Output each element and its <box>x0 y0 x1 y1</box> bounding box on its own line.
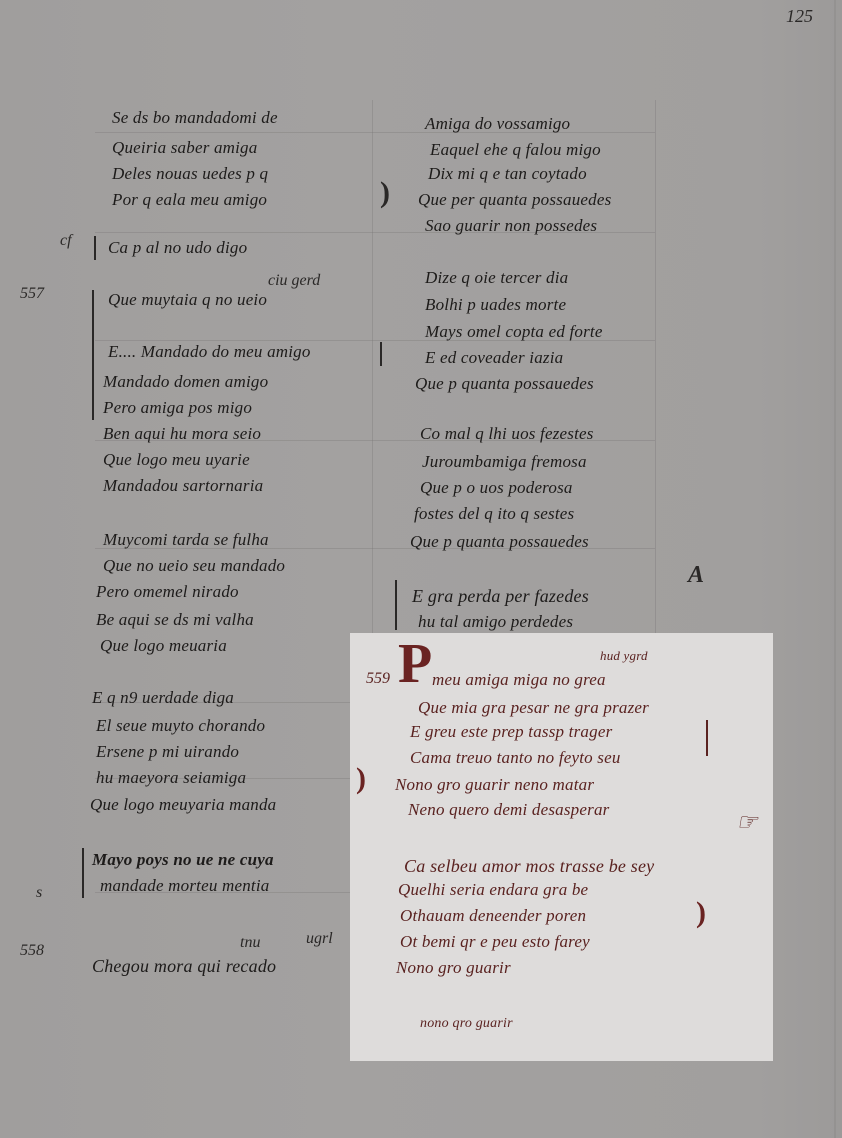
verse-line: Que muytaia q no ueio <box>108 290 267 310</box>
bracket-mark <box>82 848 84 898</box>
verse-line: Sao guarir non possedes <box>425 216 597 236</box>
interlinear-note: ugrl <box>306 930 333 948</box>
paren-mark: ) <box>696 896 706 930</box>
verse-line: Othauam deneender poren <box>400 906 586 926</box>
interlinear-note: tnu <box>240 934 260 952</box>
verse-line: Nono gro guarir <box>396 958 511 978</box>
verse-line: Mandadou sartornaria <box>103 476 263 496</box>
folio-number: 125 <box>786 6 813 27</box>
poem-number: 559 <box>366 670 390 688</box>
verse-line: Que no ueio seu mandado <box>103 556 285 576</box>
verse-line: Queiria saber amiga <box>112 138 257 158</box>
verse-line: fostes del q ito q sestes <box>414 504 574 524</box>
verse-line: Mandado domen amigo <box>103 372 268 392</box>
pointing-hand-icon: ☞ <box>736 808 758 837</box>
interlinear-note: ciu gerd <box>268 272 320 290</box>
verse-line: El seue muyto chorando <box>96 716 265 736</box>
verse-line: Que logo meuaria <box>100 636 227 656</box>
bracket-mark <box>706 720 708 756</box>
bracket-mark <box>92 290 94 420</box>
verse-line: E q n9 uerdade diga <box>92 688 234 708</box>
verse-line: meu amiga miga no grea <box>432 670 606 690</box>
verse-line: Dix mi q e tan coytado <box>428 164 587 184</box>
verse-line: E greu este prep tassp trager <box>410 722 612 742</box>
verse-line: Neno quero demi desasperar <box>408 800 609 820</box>
verse-line: Que per quanta possauedes <box>418 190 611 210</box>
margin-letter: A <box>688 562 704 589</box>
interlinear-note: hud ygrd <box>600 648 648 664</box>
verse-line: Nono gro guarir neno matar <box>395 775 594 795</box>
verse-line: Por q eala meu amigo <box>112 190 267 210</box>
verse-line: Mays omel copta ed forte <box>425 322 603 342</box>
verse-line: Co mal q lhi uos fezestes <box>420 424 594 444</box>
verse-line: Juroumbamiga fremosa <box>422 452 587 472</box>
ruling-line <box>95 132 655 133</box>
verse-line: E ed coveader iazia <box>425 348 563 368</box>
bracket-mark <box>395 580 397 630</box>
verse-line: Ben aqui hu mora seio <box>103 424 261 444</box>
verse-line: Dize q oie tercer dia <box>425 268 568 288</box>
verse-line: Amiga do vossamigo <box>425 114 570 134</box>
verse-line: Cama treuo tanto no feyto seu <box>410 748 621 768</box>
verse-line: hu maeyora seiamiga <box>96 768 246 788</box>
verse-line: Muycomi tarda se fulha <box>103 530 269 550</box>
verse-line: Ot bemi qr e peu esto farey <box>400 932 590 952</box>
verse-line: Mayo poys no ue ne cuya <box>92 850 274 870</box>
verse-line: Que mia gra pesar ne gra prazer <box>418 698 649 718</box>
verse-line: Ersene p mi uirando <box>96 742 239 762</box>
verse-line: hu tal amigo perdedes <box>418 612 573 632</box>
verse-line: E gra perda per fazedes <box>412 586 589 607</box>
verse-line: Ca selbeu amor mos trasse be sey <box>404 856 654 877</box>
bracket-mark <box>380 342 382 366</box>
verse-line: E.... Mandado do meu amigo <box>108 342 311 362</box>
page-edge <box>834 0 836 1138</box>
verse-line: Que p o uos poderosa <box>420 478 573 498</box>
paren-mark: ) <box>356 762 366 796</box>
manuscript-page: 125 Se ds bo mandadomi de Queiria saber … <box>0 0 842 1138</box>
verse-line: Quelhi seria endara gra be <box>398 880 588 900</box>
verse-line: Pero omemel nirado <box>96 582 239 602</box>
decorated-initial: P <box>398 632 432 696</box>
verse-line: Que p quanta possauedes <box>415 374 594 394</box>
bracket-mark <box>94 236 96 260</box>
poem-number: 558 <box>20 942 44 960</box>
verse-line: Se ds bo mandadomi de <box>112 108 278 128</box>
verse-line: Deles nouas uedes p q <box>112 164 268 184</box>
verse-line: Chegou mora qui recado <box>92 956 276 977</box>
verse-line: mandade morteu mentia <box>100 876 269 896</box>
verse-line: Bolhi p uades morte <box>425 295 566 315</box>
verse-line: Be aqui se ds mi valha <box>96 610 254 630</box>
verse-line: Pero amiga pos migo <box>103 398 252 418</box>
verse-line: Que logo meu uyarie <box>103 450 250 470</box>
margin-mark: s <box>36 884 42 902</box>
verse-line: Que logo meuyaria manda <box>90 795 276 815</box>
paren-mark: ) <box>380 176 390 210</box>
verse-line: Eaquel ehe q falou migo <box>430 140 601 160</box>
verse-line: Ca p al no udo digo <box>108 238 247 258</box>
margin-cross-mark: cf <box>60 232 72 250</box>
verse-line: Que p quanta possauedes <box>410 532 589 552</box>
verse-line: nono qro guarir <box>420 1016 513 1032</box>
poem-number: 557 <box>20 285 44 303</box>
